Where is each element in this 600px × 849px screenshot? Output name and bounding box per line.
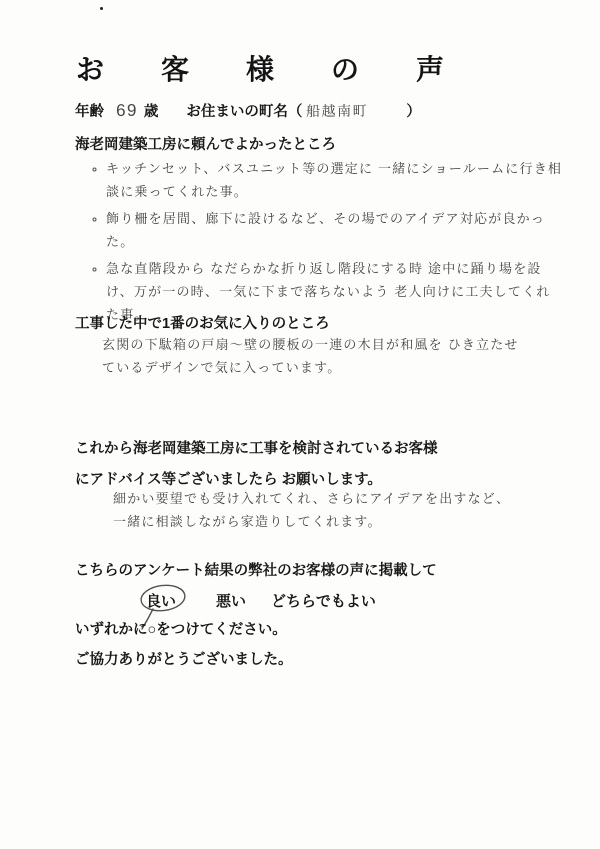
scan-speck <box>100 7 103 10</box>
town-close-paren: ） <box>406 100 421 121</box>
q1-answers: キッチンセット、バスユニット等の選定に 一緒にショールームに行き相談に乗ってくれ… <box>88 157 563 330</box>
option-good-label: 良い <box>146 593 176 610</box>
publish-options-row: 良い 悪い どちらでもよい <box>0 588 600 618</box>
option-good: 良い <box>146 590 176 611</box>
option-neutral: どちらでもよい <box>271 590 376 611</box>
circle-instruction: いずれかに○をつけてください。 <box>75 620 287 640</box>
town-label: お住まいの町名（ <box>186 100 302 121</box>
thanks-message: ご協力ありがとうございました。 <box>75 650 293 670</box>
age-value: 69 <box>116 101 138 121</box>
option-bad-label: 悪い <box>216 593 246 610</box>
q1-answer-item: キッチンセット、バスユニット等の選定に 一緒にショールームに行き相談に乗ってくれ… <box>106 157 563 203</box>
town-value: 船越南町 <box>306 100 406 121</box>
q2-answer: 玄関の下駄箱の戸扇〜壁の腰板の一連の木目が和風を ひき立たせているデザインで気に… <box>102 333 522 379</box>
publish-heading: こちらのアンケート結果の弊社のお客様の声に掲載して <box>75 561 437 581</box>
page-title: お客様の声 <box>76 48 501 88</box>
option-neutral-label: どちらでもよい <box>271 593 376 610</box>
age-unit: 歳 <box>144 100 159 121</box>
q1-answer-item: 飾り柵を居間、廊下に設けるなど、その場でのアイデア対応が良かった。 <box>106 207 563 253</box>
q3-heading-line1: これから海老岡建築工房に工事を検討されているお客様 <box>75 439 438 459</box>
q1-heading: 海老岡建築工房に頼んでよかったところ <box>75 135 336 155</box>
q2-heading: 工事した中で1番のお気に入りのところ <box>75 314 330 334</box>
scanned-questionnaire: お客様の声 年齢 69 歳 お住まいの町名（ 船越南町 ） 海老岡建築工房に頼ん… <box>0 0 600 849</box>
option-bad: 悪い <box>216 590 246 611</box>
q3-answer: 細かい要望でも受け入れてくれ、さらにアイデアを出すなど、一緒に相談しながら家造り… <box>113 487 523 533</box>
profile-row: 年齢 69 歳 お住まいの町名（ 船越南町 ） <box>75 100 545 121</box>
age-label: 年齢 <box>75 100 104 121</box>
